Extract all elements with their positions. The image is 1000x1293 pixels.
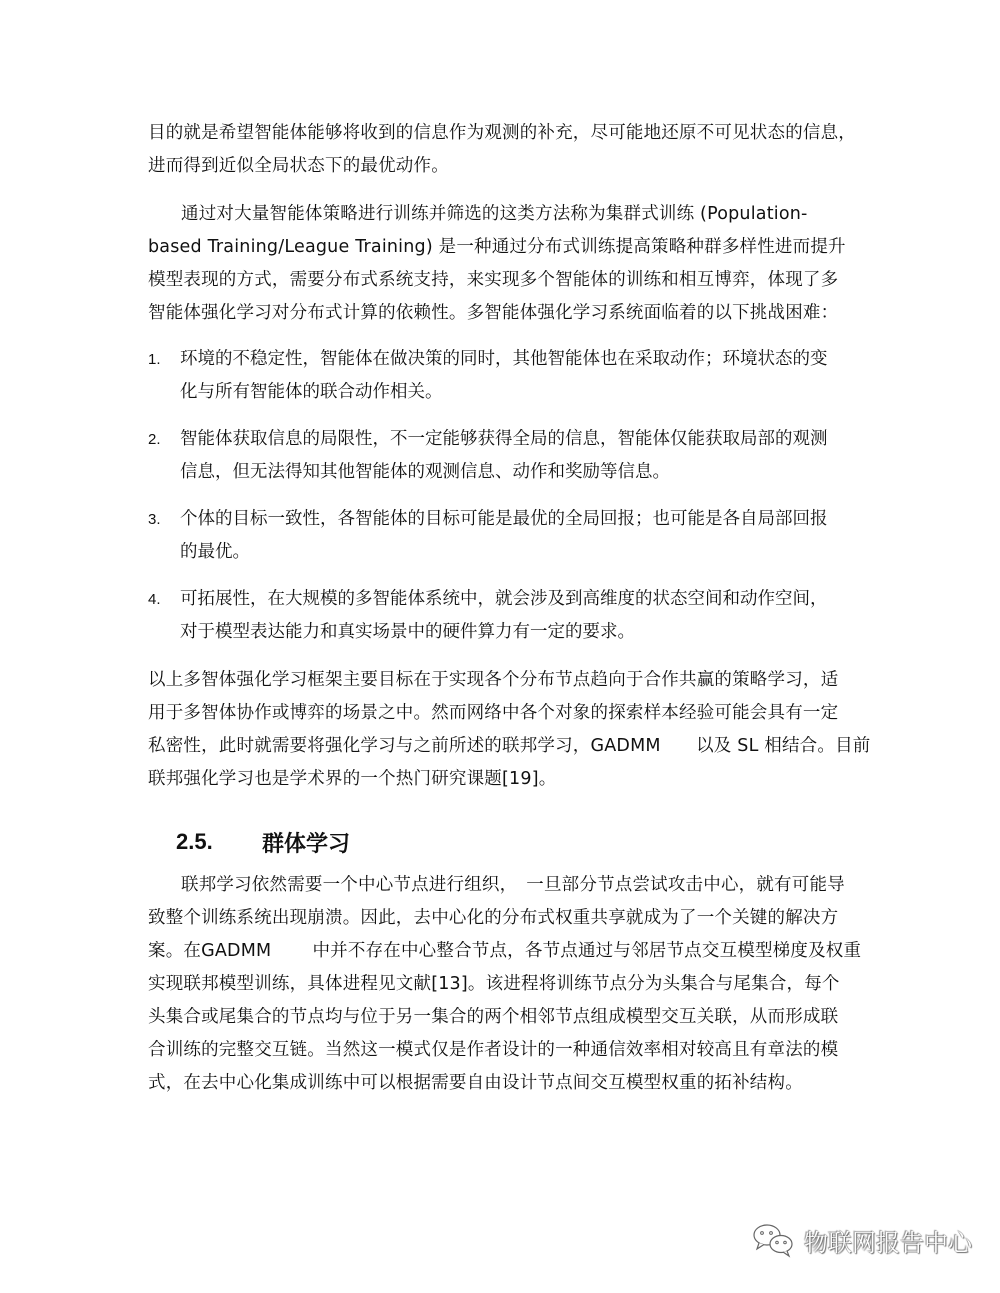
list-number: 3. [148,503,161,536]
text-line: 头集合或尾集合的节点均与位于另一集合的两个相邻节点组成模型交互关联，从而形成联 [148,1001,848,1034]
text-line: 个体的目标一致性，各智能体的目标可能是最优的全局回报；也可能是各自局部回报 [180,503,860,536]
section-heading: 2.5. 群体学习 [176,822,350,862]
text-line: 用于多智体协作或博弈的场景之中。然而网络中各个对象的探索样本经验可能会具有一定 [148,697,848,730]
text-line: 案。在GADMM 中并不存在中心整合节点，各节点通过与邻居节点交互模型梯度及权重 [148,935,848,968]
paragraph-4: 联邦学习依然需要一个中心节点进行组织， 一旦部分节点尝试攻击中心，就有可能导 致… [148,869,848,1100]
text-line: 目的就是希望智能体能够将收到的信息作为观测的补充，尽可能地还原不可见状态的信息， [148,117,848,150]
watermark: 物联网报告中心 [752,1222,972,1258]
text-line: 可拓展性，在大规模的多智能体系统中，就会涉及到高维度的状态空间和动作空间， [180,583,860,616]
wechat-icon [752,1222,796,1258]
document-page: 目的就是希望智能体能够将收到的信息作为观测的补充，尽可能地还原不可见状态的信息，… [0,0,1000,1293]
text-line: 通过对大量智能体策略进行训练并筛选的这类方法称为集群式训练 (Populatio… [148,198,848,231]
watermark-text: 物联网报告中心 [804,1223,972,1258]
text-line: 信息，但无法得知其他智能体的观测信息、动作和奖励等信息。 [180,456,860,489]
text-line: 式，在去中心化集成训练中可以根据需要自由设计节点间交互模型权重的拓补结构。 [148,1067,848,1100]
paragraph-3: 以上多智体强化学习框架主要目标在于实现各个分布节点趋向于合作共赢的策略学习，适 … [148,664,848,796]
text-line: 智能体强化学习对分布式计算的依赖性。多智能体强化学习系统面临着的以下挑战困难： [148,297,848,330]
text-line: 以上多智体强化学习框架主要目标在于实现各个分布节点趋向于合作共赢的策略学习，适 [148,664,848,697]
text-line: 环境的不稳定性，智能体在做决策的同时，其他智能体也在采取动作；环境状态的变 [180,343,860,376]
text-line: 联邦强化学习也是学术界的一个热门研究课题[19]。 [148,763,848,796]
section-title: 群体学习 [262,827,350,858]
text-line: 联邦学习依然需要一个中心节点进行组织， 一旦部分节点尝试攻击中心，就有可能导 [148,869,848,902]
text-line: 的最优。 [180,536,860,569]
list-number: 4. [148,583,161,616]
text-line: 模型表现的方式，需要分布式系统支持，来实现多个智能体的训练和相互博弈，体现了多 [148,264,848,297]
section-number: 2.5. [176,829,262,855]
text-line: 实现联邦模型训练，具体进程见文献[13]。该进程将训练节点分为头集合与尾集合，每… [148,968,848,1001]
text-line: 合训练的完整交互链。当然这一模式仅是作者设计的一种通信效率相对较高且有章法的模 [148,1034,848,1067]
list-number: 1. [148,343,161,376]
text-line: 私密性，此时就需要将强化学习与之前所述的联邦学习，GADMM 以及 SL 相结合… [148,730,848,763]
paragraph-2: 通过对大量智能体策略进行训练并筛选的这类方法称为集群式训练 (Populatio… [148,198,848,330]
text-line: based Training/League Training) 是一种通过分布式… [148,231,848,264]
text-line: 进而得到近似全局状态下的最优动作。 [148,150,848,183]
text-line: 化与所有智能体的联合动作相关。 [180,376,860,409]
text-line: 致整个训练系统出现崩溃。因此，去中心化的分布式权重共享就成为了一个关键的解决方 [148,902,848,935]
text-line: 对于模型表达能力和真实场景中的硬件算力有一定的要求。 [180,616,860,649]
list-number: 2. [148,423,161,456]
text-line: 智能体获取信息的局限性，不一定能够获得全局的信息，智能体仅能获取局部的观测 [180,423,860,456]
paragraph-1: 目的就是希望智能体能够将收到的信息作为观测的补充，尽可能地还原不可见状态的信息，… [148,117,848,183]
